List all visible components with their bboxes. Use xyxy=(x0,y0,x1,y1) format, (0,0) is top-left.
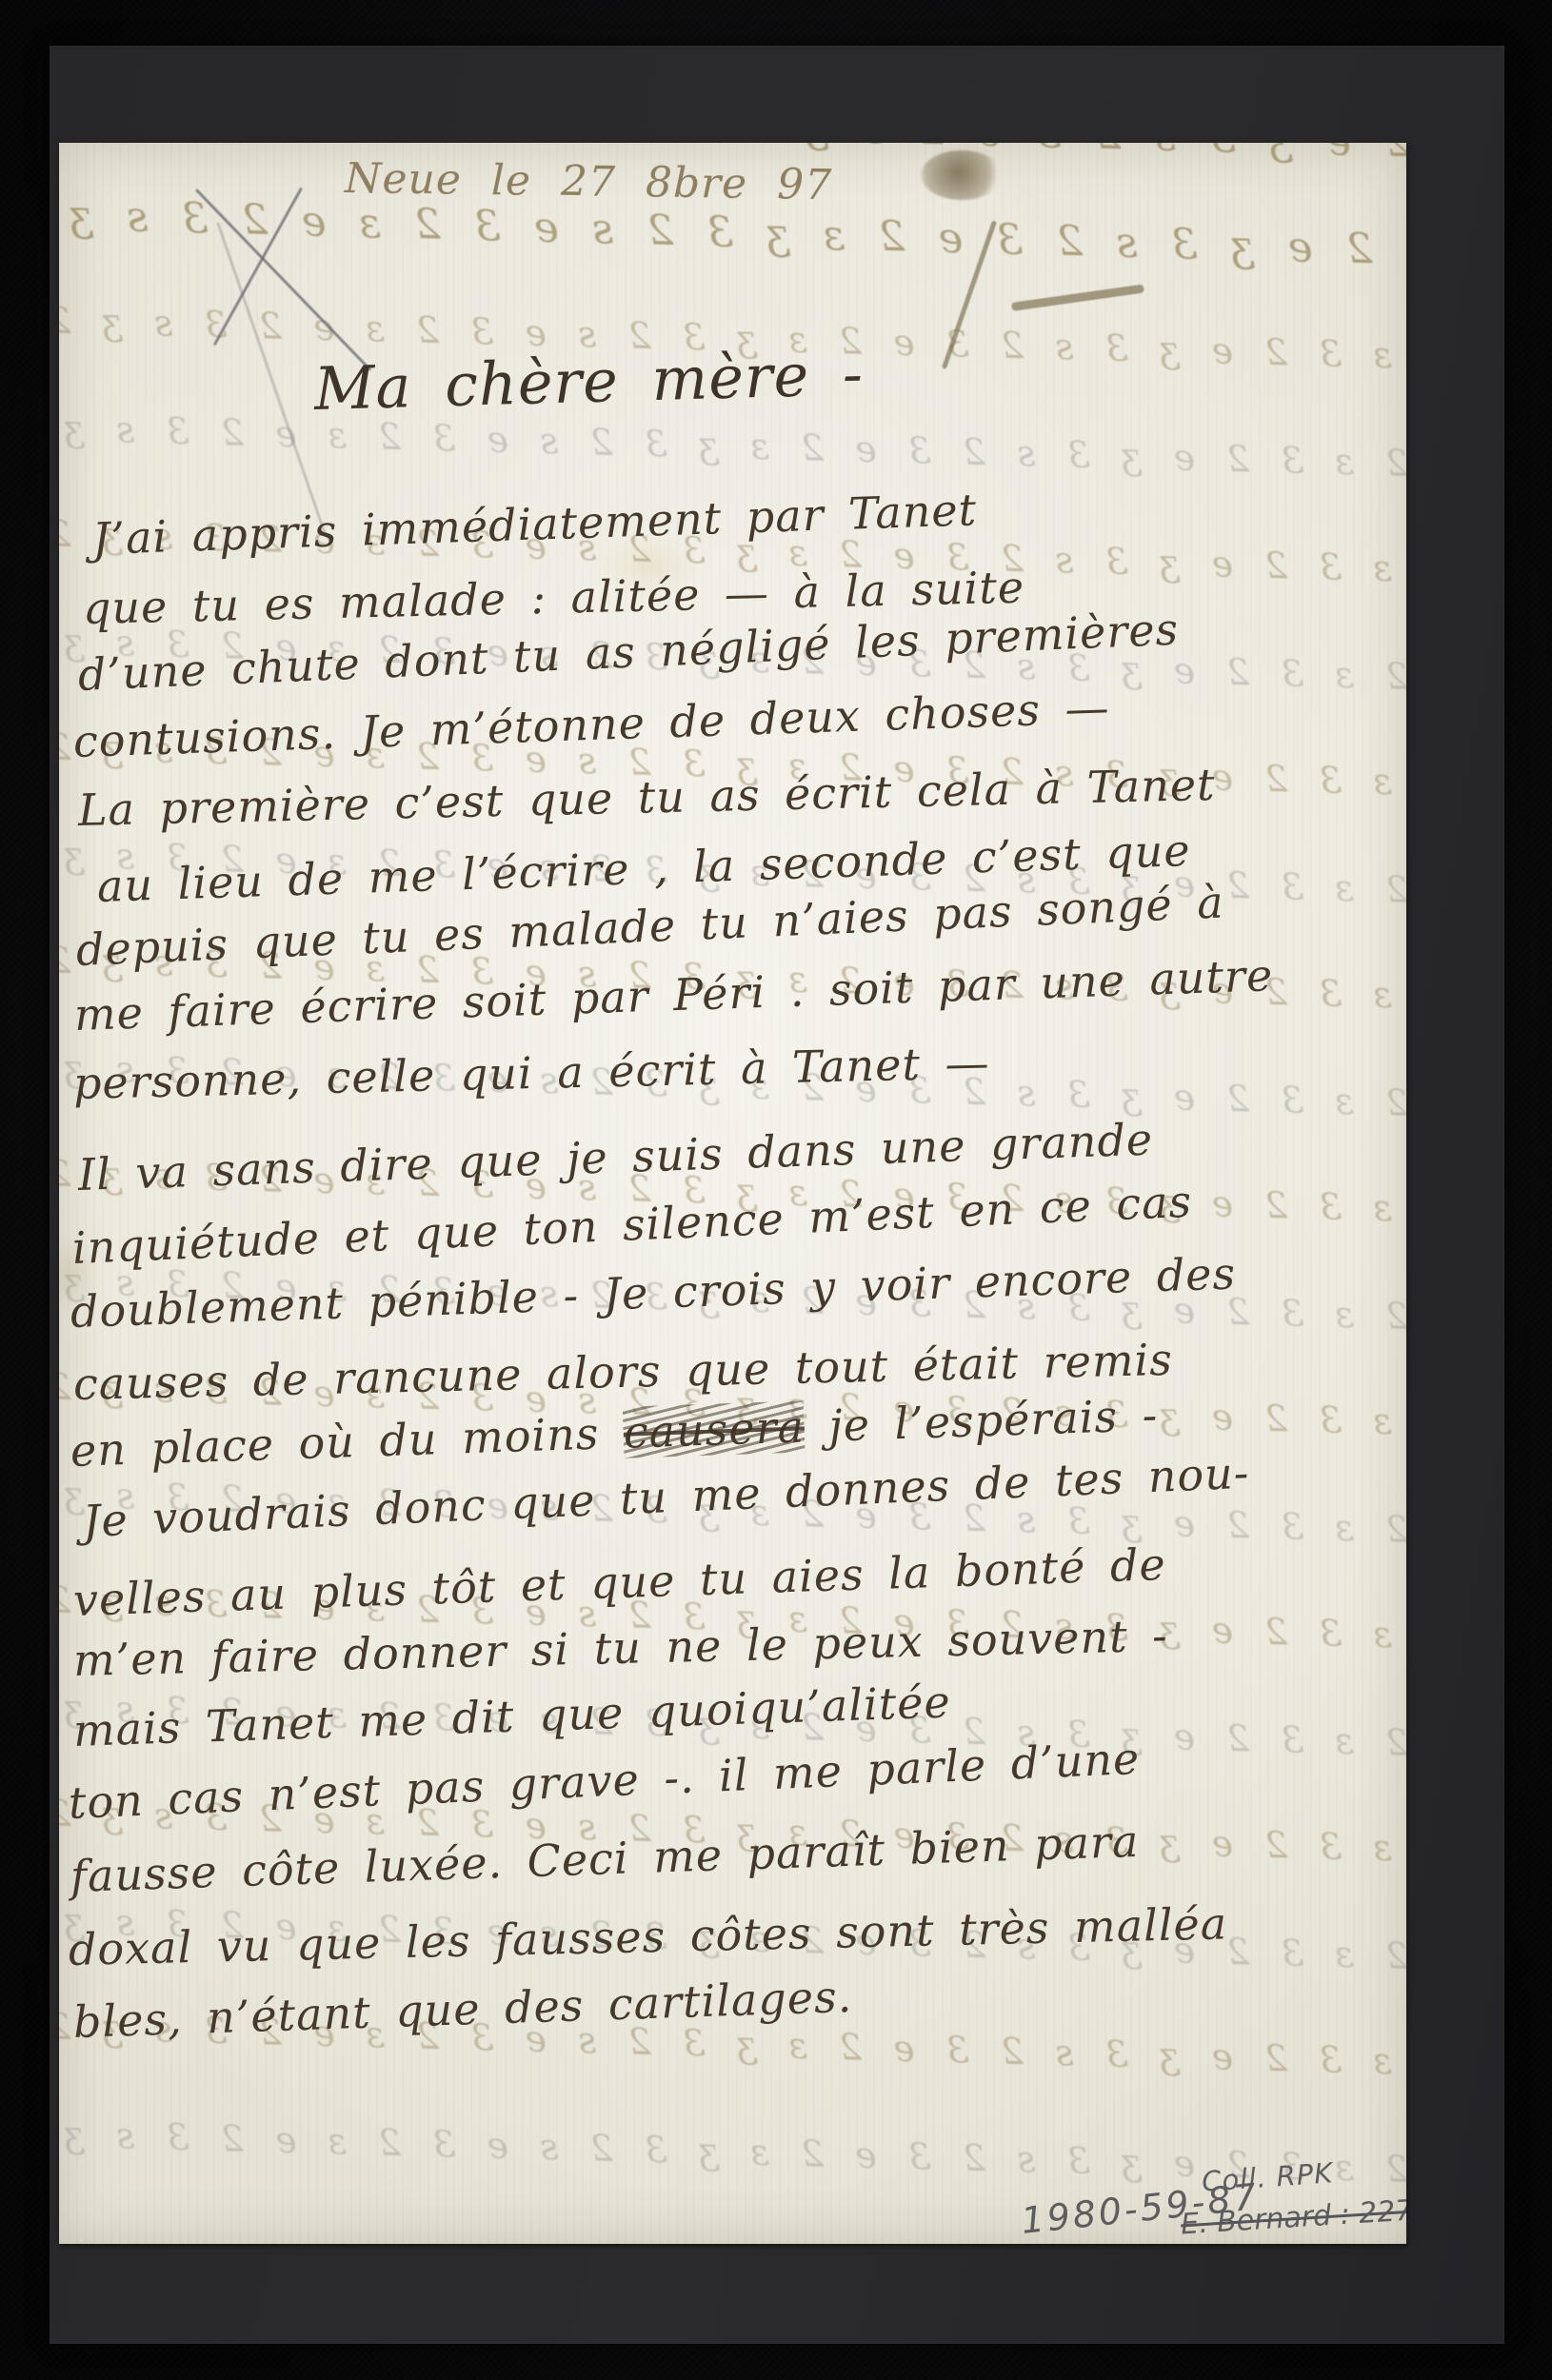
letter-line: bles, n’étant que des cartilages. xyxy=(72,1974,853,2044)
letter-line-text: je l’espérais - xyxy=(804,1389,1159,1452)
letter-line: personne, celle qui a écrit à Tanet — xyxy=(72,1041,990,1105)
salutation: Ma chère mère - xyxy=(313,345,865,419)
letter-line: J’ai appris immédiatement par Tanet xyxy=(91,487,977,561)
struck-word: causera xyxy=(623,1400,806,1458)
letter-line: La première c’est que tu as écrit cela à… xyxy=(77,763,1215,832)
date-line: Neue le 27 8bre 97 xyxy=(345,158,833,207)
ink-smudge xyxy=(942,220,997,369)
letter-line: mais Tanet me dit que quoiqu’alitée xyxy=(72,1679,951,1753)
photograph-background: 2 ɜ 3 e ʒ 2 s 3 o 2 e 3 ʒ 2 3 s e 2 ɜ 3 … xyxy=(0,0,1552,2380)
ink-smudge xyxy=(1011,285,1144,311)
letter-line: velles au plus tôt et que tu aies la bon… xyxy=(72,1542,1166,1622)
letter-line: m’en faire donner si tu ne le peux souve… xyxy=(72,1614,1168,1682)
letter-line-text: en place où du moins xyxy=(70,1407,625,1477)
letter-paper: 2 ɜ 3 e ʒ 2 s 3 o 2 e 3 ʒ 2 3 s e 2 ɜ 3 … xyxy=(59,143,1406,2244)
pencil-collection-mark: Coll. RPK xyxy=(1201,2156,1334,2198)
letter-line: contusions. Je m’étonne de deux choses — xyxy=(72,685,1110,764)
letter-line: fausse côte luxée. Ceci me paraît bien p… xyxy=(70,1819,1140,1898)
pencil-x-mark xyxy=(213,188,303,347)
ink-blot xyxy=(921,150,1003,200)
letter-line: doxal vu que les fausses côtes sont très… xyxy=(68,1901,1227,1972)
